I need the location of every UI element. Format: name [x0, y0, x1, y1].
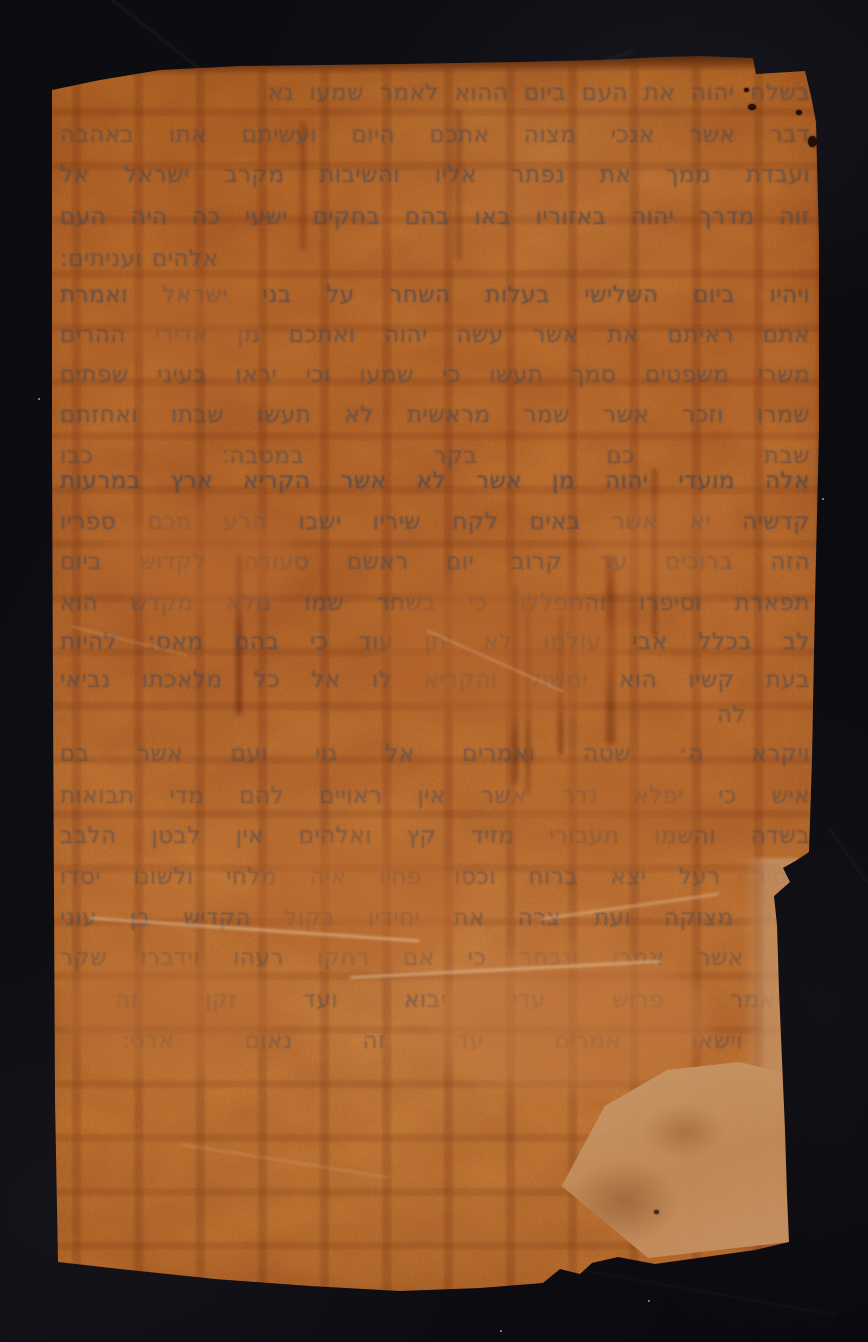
cloth-wrinkle: [828, 827, 868, 976]
dust-speck: [500, 1330, 502, 1332]
dust-speck: [648, 1300, 650, 1302]
leather-parchment-sheet: בשלח יהוה את העם ביום ההוא לאמר שמעו נאד…: [0, 0, 868, 1342]
dust-speck: [822, 498, 824, 500]
manuscript-photograph: בשלח יהוה את העם ביום ההוא לאמר שמעו נאד…: [0, 0, 868, 1342]
dust-speck: [38, 398, 40, 400]
cloth-wrinkle: [562, 1266, 838, 1317]
edge-vignette: [0, 0, 868, 1342]
